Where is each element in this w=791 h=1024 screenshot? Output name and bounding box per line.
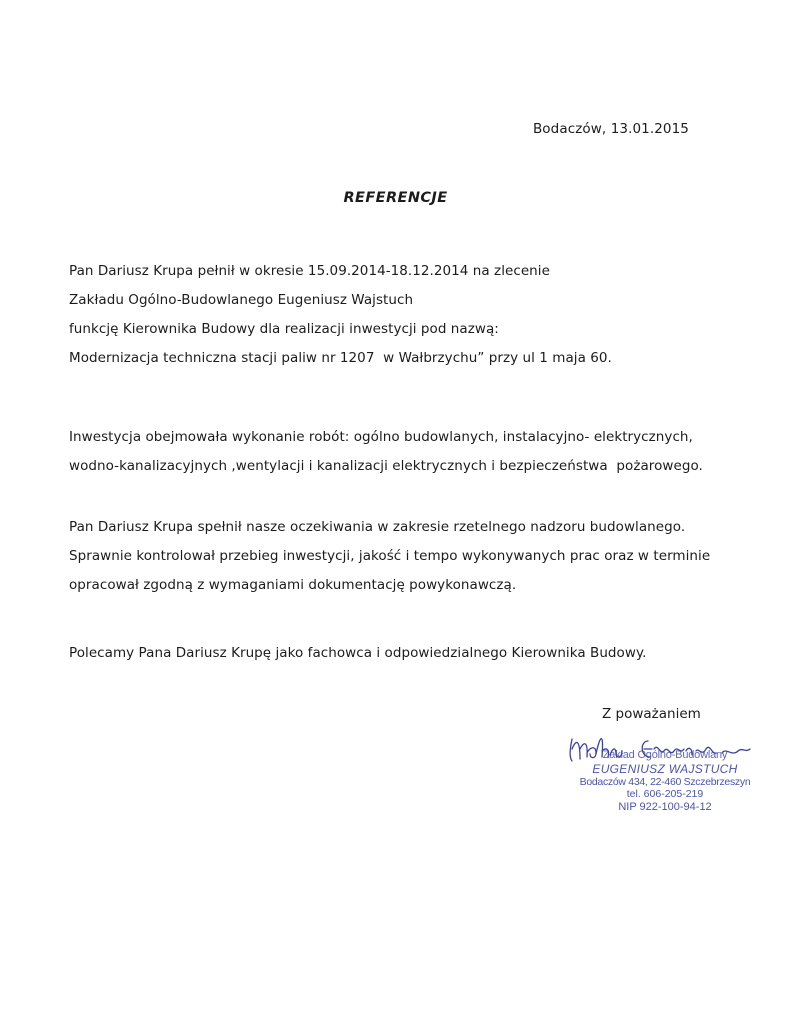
text-line: Inwestycja obejmowała wykonanie robót: o… bbox=[69, 423, 703, 452]
text-line: Sprawnie kontrolował przebieg inwestycji… bbox=[69, 542, 710, 571]
reference-letter: Bodaczów, 13.01.2015 REFERENCJE Pan Dari… bbox=[0, 0, 791, 1024]
text-line: Zakładu Ogólno-Budowlanego Eugeniusz Waj… bbox=[69, 286, 612, 315]
place-and-date: Bodaczów, 13.01.2015 bbox=[533, 121, 689, 137]
text-line: Pan Dariusz Krupa pełnił w okresie 15.09… bbox=[69, 257, 612, 286]
handwritten-signature bbox=[560, 727, 760, 767]
text-line: funkcję Kierownika Budowy dla realizacji… bbox=[69, 315, 612, 344]
stamp-address: Bodaczów 434, 22-460 Szczebrzeszyn bbox=[560, 776, 770, 788]
closing-salutation: Z poważaniem bbox=[602, 706, 701, 722]
paragraph-scope: Inwestycja obejmowała wykonanie robót: o… bbox=[69, 423, 703, 481]
stamp-phone: tel. 606-205-219 bbox=[560, 788, 770, 800]
text-line: wodno-kanalizacyjnych ,wentylacji i kana… bbox=[69, 452, 703, 481]
paragraph-evaluation: Pan Dariusz Krupa spełnił nasze oczekiwa… bbox=[69, 513, 710, 600]
text-line: opracował zgodną z wymaganiami dokumenta… bbox=[69, 571, 710, 600]
paragraph-recommendation: Polecamy Pana Dariusz Krupę jako fachowc… bbox=[69, 639, 646, 668]
paragraph-assignment: Pan Dariusz Krupa pełnił w okresie 15.09… bbox=[69, 257, 612, 373]
text-line: Polecamy Pana Dariusz Krupę jako fachowc… bbox=[69, 639, 646, 668]
text-line: Modernizacja techniczna stacji paliw nr … bbox=[69, 344, 612, 373]
text-line: Pan Dariusz Krupa spełnił nasze oczekiwa… bbox=[69, 513, 710, 542]
document-title: REFERENCJE bbox=[0, 190, 791, 206]
stamp-nip: NIP 922-100-94-12 bbox=[560, 800, 770, 814]
